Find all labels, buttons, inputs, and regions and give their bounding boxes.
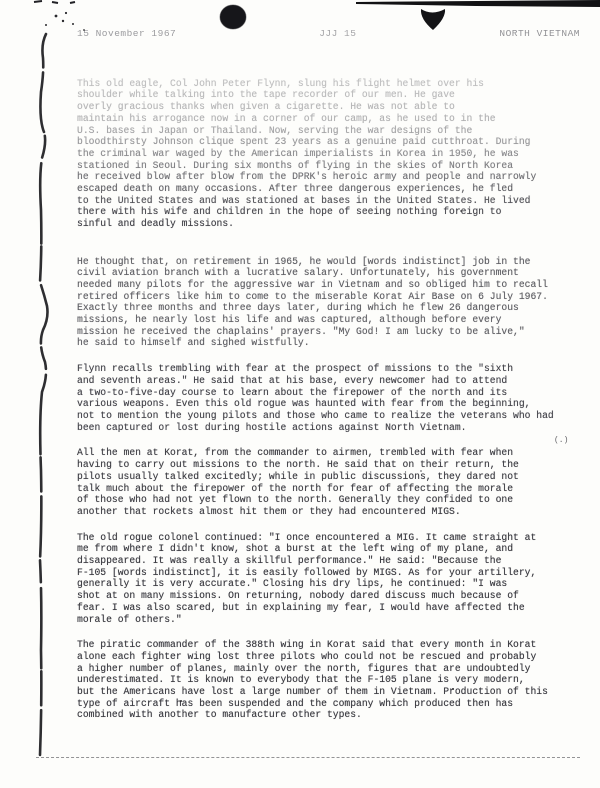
ink-blot-icon (218, 4, 248, 30)
paragraph: The piratic commander of the 388th wing … (77, 639, 561, 721)
speck (452, 688, 454, 690)
paragraph-text: This old eagle, Col John Peter Flynn, sl… (77, 78, 536, 229)
paragraph: He thought that, on retirement in 1965, … (77, 256, 561, 350)
speck (180, 700, 182, 702)
speck (420, 470, 422, 472)
header-date: 15 November 1967 (77, 28, 176, 39)
paragraph: This old eagle, Col John Peter Flynn, sl… (77, 66, 561, 242)
scanned-document-page: 15 November 1967 JJJ 15 NORTH VIETNAM Th… (0, 0, 600, 788)
paragraph: Flynn recalls trembling with fear at the… (77, 363, 561, 433)
margin-marks-artifact: (.) (554, 436, 594, 446)
page-header: 15 November 1967 JJJ 15 NORTH VIETNAM (77, 28, 580, 39)
paragraph: All the men at Korat, from the commander… (77, 447, 561, 517)
page-edge-line-artifact (0, 0, 60, 788)
speck (460, 210, 462, 212)
document-body: This old eagle, Col John Peter Flynn, sl… (77, 66, 561, 735)
header-section-title: NORTH VIETNAM (499, 28, 580, 39)
speck (255, 390, 257, 392)
header-page-code: JJJ 15 (319, 28, 356, 39)
scan-noise-line-artifact (36, 757, 580, 758)
paragraph: The old rogue colonel continued: "I once… (77, 532, 561, 626)
scan-edge-bar-artifact (356, 0, 600, 7)
